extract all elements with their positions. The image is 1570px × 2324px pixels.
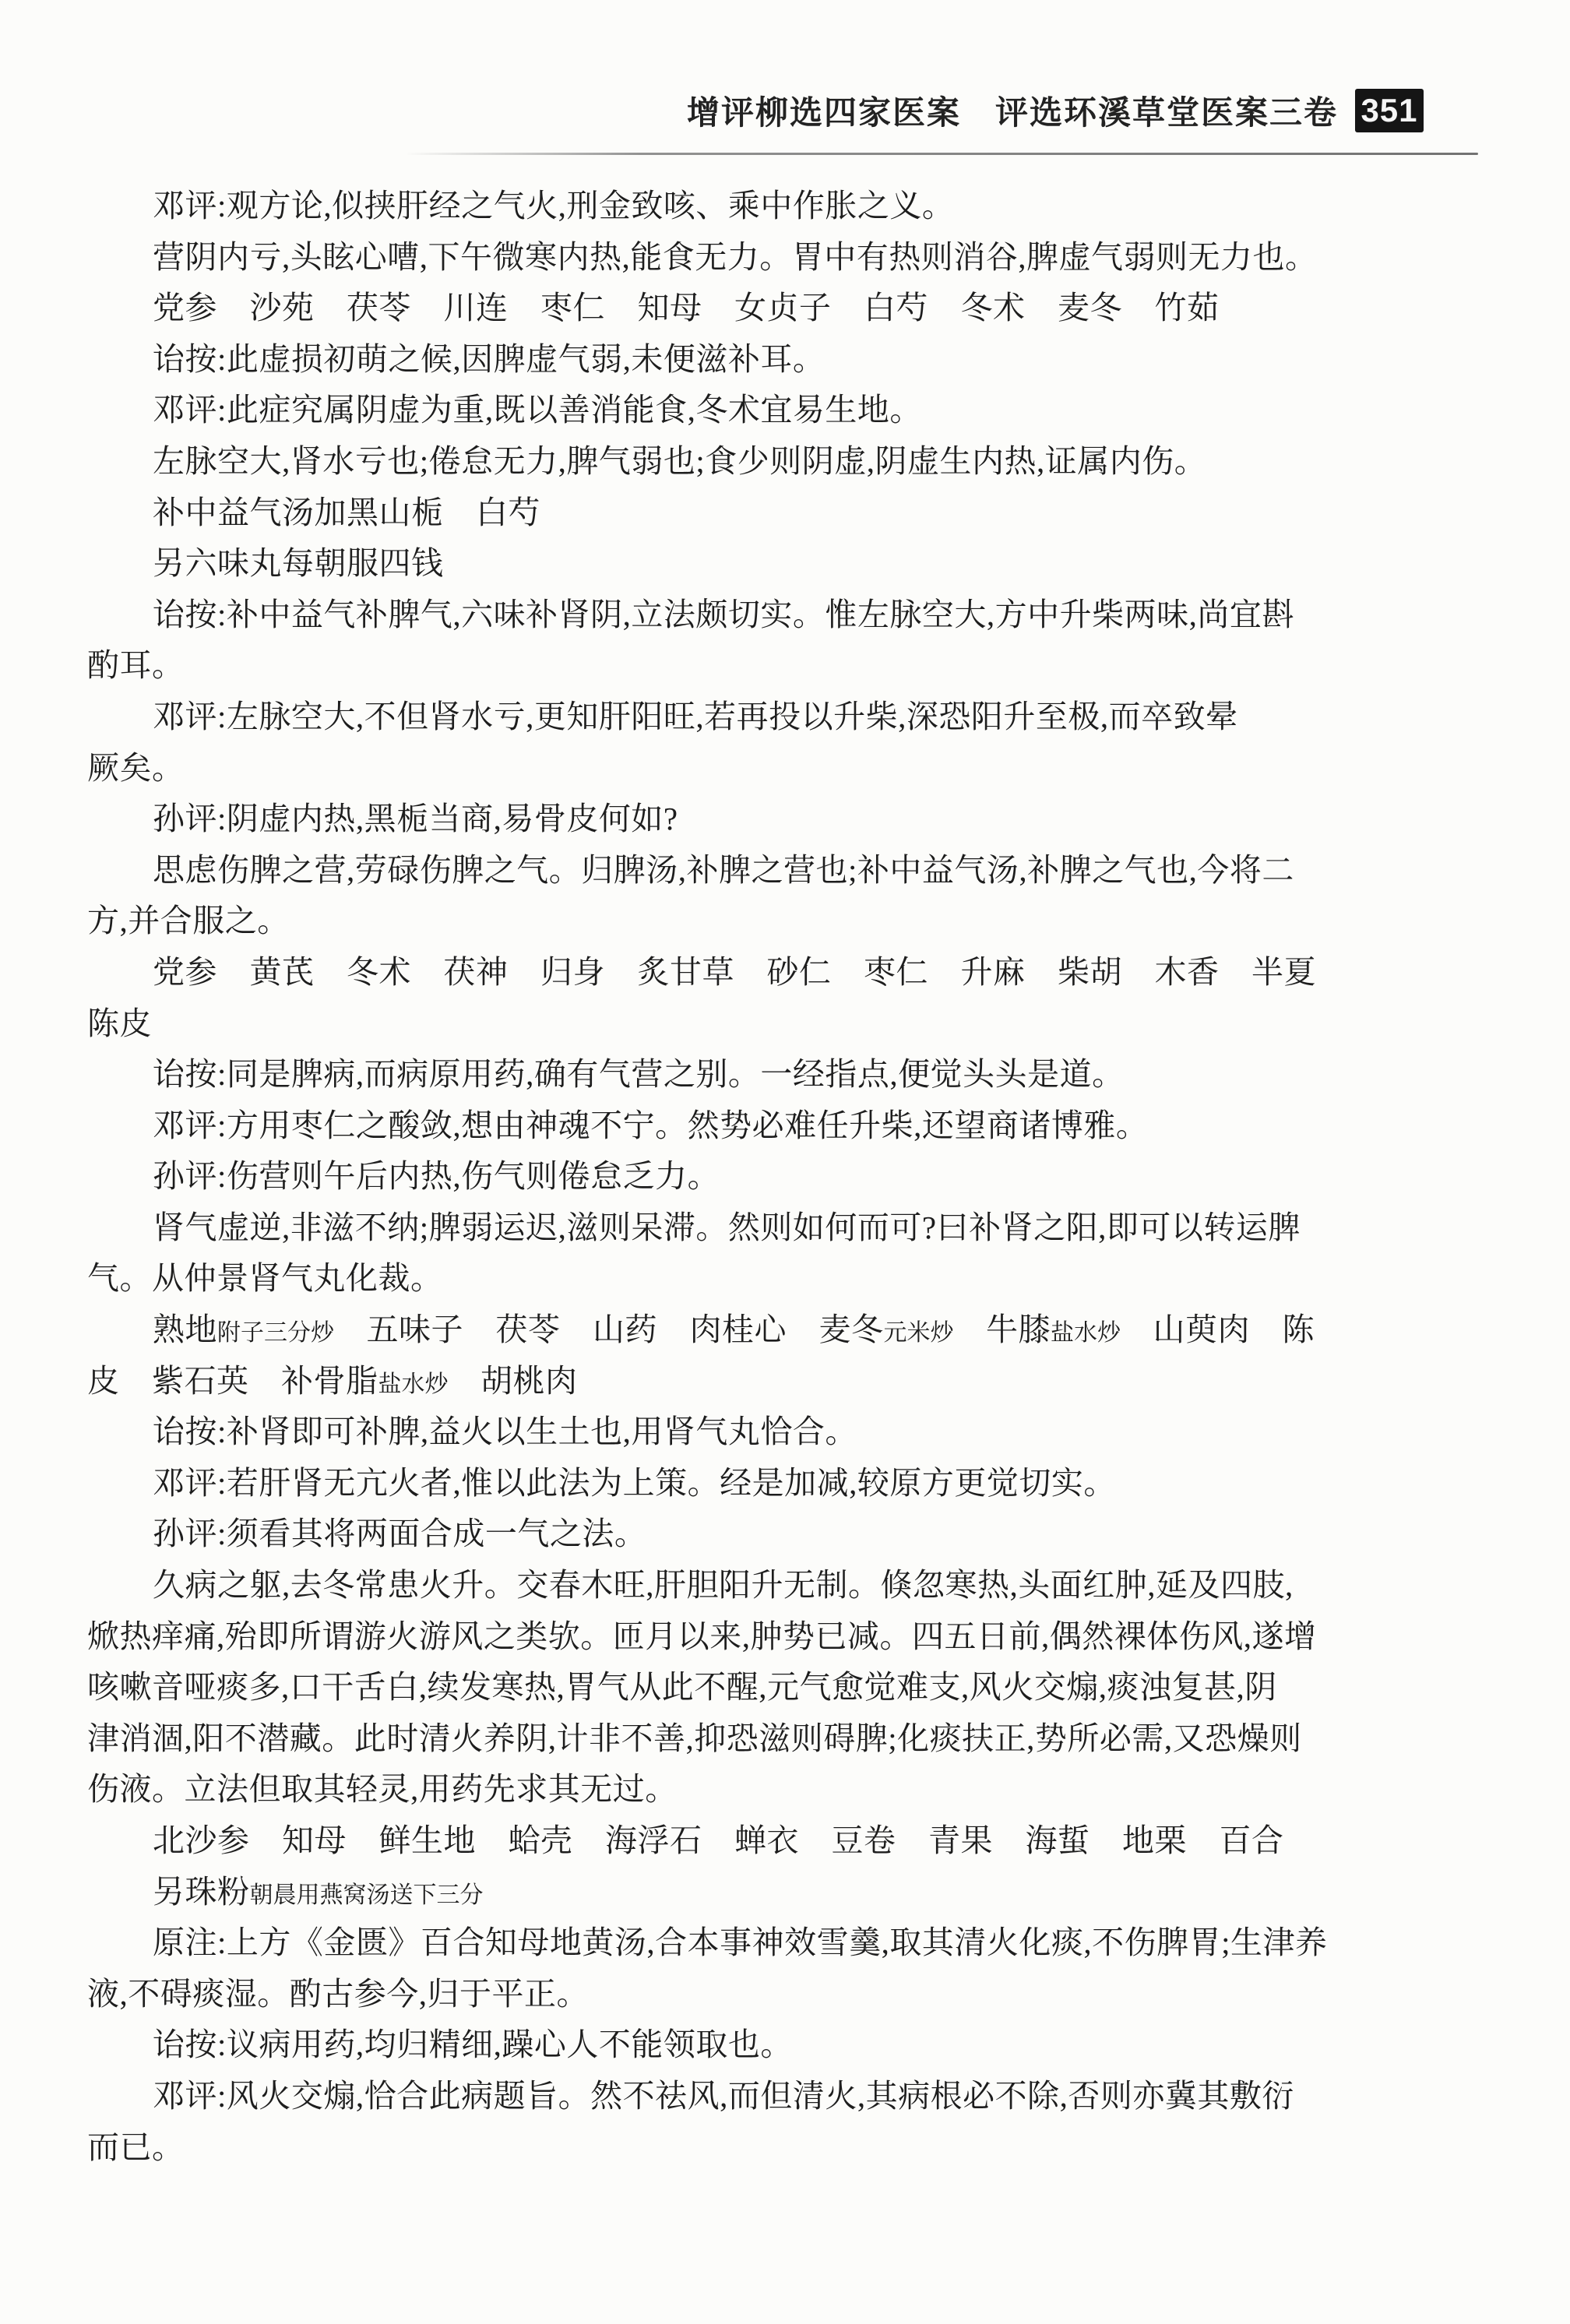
text-line: 咳嗽音哑痰多,口干舌白,续发寒热,胃气从此不醒,元气愈觉难支,风火交煽,痰浊复甚… [87,1662,1483,1713]
text-line: 邓评:方用枣仁之酸敛,想由神魂不宁。然势必难任升柴,还望商诸博雅。 [87,1100,1483,1152]
line-text: 津消涸,阳不潜藏。此时清火养阴,计非不善,抑恐滋则碍脾;化痰扶正,势所必需,又恐… [87,1720,1302,1756]
text-line: 左脉空大,肾水亏也;倦怠无力,脾气弱也;食少则阴虚,阴虚生内热,证属内伤。 [87,436,1483,488]
text-line: 诒按:议病用药,均归精细,躁心人不能领取也。 [87,2019,1483,2071]
text-line: 孙评:伤营则午后内热,伤气则倦怠乏力。 [87,1151,1483,1202]
text-line: 诒按:补肾即可补脾,益火以生土也,用肾气丸恰合。 [87,1407,1483,1458]
inline-annotation-small-text: 盐水炒 [1051,1320,1121,1346]
text-line: 邓评:观方论,似挟肝经之气火,刑金致咳、乘中作胀之义。 [87,181,1483,232]
text-line: 补中益气汤加黑山栀 白芍 [87,488,1483,539]
line-text: 伤液。立法但取其轻灵,用药先求其无过。 [87,1771,678,1807]
text-line: 另珠粉朝晨用燕窝汤送下三分 [87,1867,1483,1918]
text-line: 熟地附子三分炒 五味子 茯苓 山药 肉桂心 麦冬元米炒 牛膝盐水炒 山萸肉 陈 [87,1305,1483,1356]
text-line: 邓评:左脉空大,不但肾水亏,更知肝阳旺,若再投以升柴,深恐阳升至极,而卒致晕 [87,692,1483,743]
page-number-badge: 351 [1355,89,1424,132]
line-text: 诒按:此虚损初萌之候,因脾虚气弱,未便滋补耳。 [153,341,825,377]
text-line: 诒按:补中益气补脾气,六味补肾阴,立法颇切实。惟左脉空大,方中升柴两味,尚宜斟 [87,590,1483,641]
line-text: 气。从仲景肾气丸化裁。 [87,1260,443,1296]
book-page: 增评柳选四家医案 评选环溪草堂医案三卷 351 邓评:观方论,似挟肝经之气火,刑… [0,0,1570,2324]
line-text: 另珠粉 [153,1874,250,1910]
text-line: 而已。 [87,2122,1483,2174]
line-text: 陈皮 [87,1005,152,1041]
inline-annotation-small-text: 盐水炒 [378,1372,449,1397]
inline-annotation-small-text: 元米炒 [884,1320,954,1346]
running-head: 增评柳选四家医案 评选环溪草堂医案三卷 351 [687,87,1424,134]
text-line: 津消涸,阳不潜藏。此时清火养阴,计非不善,抑恐滋则碍脾;化痰扶正,势所必需,又恐… [87,1713,1483,1765]
line-text: 咳嗽音哑痰多,口干舌白,续发寒热,胃气从此不醒,元气愈觉难支,风火交煽,痰浊复甚… [87,1669,1277,1705]
text-line: 原注:上方《金匮》百合知母地黄汤,合本事神效雪羹,取其清火化痰,不伤脾胃;生津养 [87,1917,1483,1969]
line-text: 原注:上方《金匮》百合知母地黄汤,合本事神效雪羹,取其清火化痰,不伤脾胃;生津养 [153,1924,1328,1960]
line-text: 补中益气汤加黑山栀 白芍 [153,495,540,530]
line-text: 诒按:补肾即可补脾,益火以生土也,用肾气丸恰合。 [153,1414,857,1449]
line-text: 邓评:此症究属阴虚为重,既以善消能食,冬术宜易生地。 [153,392,922,428]
line-text: 邓评:若肝肾无亢火者,惟以此法为上策。经是加减,较原方更觉切实。 [153,1465,1116,1501]
line-text: 胡桃肉 [449,1363,578,1399]
text-line: 党参 黄芪 冬术 茯神 归身 炙甘草 砂仁 枣仁 升麻 柴胡 木香 半夏 [87,947,1483,998]
text-line: 另六味丸每朝服四钱 [87,538,1483,590]
text-line: 诒按:此虚损初萌之候,因脾虚气弱,未便滋补耳。 [87,334,1483,386]
line-text: 肾气虚逆,非滋不纳;脾弱运迟,滋则呆滞。然则如何而可?曰补肾之阳,即可以转运脾 [153,1210,1301,1245]
text-line: 方,并合服之。 [87,896,1483,947]
line-text: 思虑伤脾之营,劳碌伤脾之气。归脾汤,补脾之营也;补中益气汤,补脾之气也,今将二 [153,852,1294,888]
line-text: 熟地 [153,1312,217,1347]
text-line: 邓评:此症究属阴虚为重,既以善消能食,冬术宜易生地。 [87,385,1483,436]
line-text: 牛膝 [954,1312,1051,1347]
line-text: 久病之躯,去冬常患火升。交春木旺,肝胆阳升无制。倏忽寒热,头面红肿,延及四肢, [153,1567,1294,1603]
text-line: 思虑伤脾之营,劳碌伤脾之气。归脾汤,补脾之营也;补中益气汤,补脾之气也,今将二 [87,845,1483,896]
inline-annotation-small-text: 附子三分炒 [217,1320,334,1346]
line-text: 诒按:同是脾病,而病原用药,确有气营之别。一经指点,便觉头头是道。 [153,1056,1125,1092]
line-text: 而已。 [87,2129,185,2165]
text-line: 肾气虚逆,非滋不纳;脾弱运迟,滋则呆滞。然则如何而可?曰补肾之阳,即可以转运脾 [87,1202,1483,1254]
line-text: 北沙参 知母 鲜生地 蛤壳 海浮石 蝉衣 豆卷 青果 海蜇 地栗 百合 [153,1822,1284,1858]
text-line: 北沙参 知母 鲜生地 蛤壳 海浮石 蝉衣 豆卷 青果 海蜇 地栗 百合 [87,1815,1483,1867]
line-text: 孙评:阴虚内热,黑栀当商,易骨皮何如? [153,801,678,836]
line-text: 孙评:伤营则午后内热,伤气则倦怠乏力。 [153,1158,720,1194]
line-text: 左脉空大,肾水亏也;倦怠无力,脾气弱也;食少则阴虚,阴虚生内热,证属内伤。 [153,443,1206,479]
text-line: 陈皮 [87,998,1483,1050]
text-line: 皮 紫石英 补骨脂盐水炒 胡桃肉 [87,1356,1483,1407]
page-body: 邓评:观方论,似挟肝经之气火,刑金致咳、乘中作胀之义。营阴内亏,头眩心嘈,下午微… [87,181,1483,2173]
line-text: 五味子 茯苓 山药 肉桂心 麦冬 [334,1312,884,1347]
text-line: 邓评:若肝肾无亢火者,惟以此法为上策。经是加减,较原方更觉切实。 [87,1458,1483,1509]
text-line: 厥矣。 [87,743,1483,794]
line-text: 邓评:左脉空大,不但肾水亏,更知肝阳旺,若再投以升柴,深恐阳升至极,而卒致晕 [153,699,1238,734]
inline-annotation-small-text: 朝晨用燕窝汤送下三分 [250,1882,484,1908]
running-head-chapter-title: 评选环溪草堂医案三卷 [995,87,1338,134]
line-text: 邓评:风火交煽,恰合此病题旨。然不祛风,而但清火,其病根必不除,否则亦冀其敷衍 [153,2078,1294,2114]
text-line: 党参 沙苑 茯苓 川连 枣仁 知母 女贞子 白芍 冬术 麦冬 竹茹 [87,283,1483,334]
running-head-book-title: 增评柳选四家医案 [687,87,961,134]
line-text: 方,并合服之。 [87,903,290,938]
text-line: 营阴内亏,头眩心嘈,下午微寒内热,能食无力。胃中有热则消谷,脾虚气弱则无力也。 [87,232,1483,283]
line-text: 液,不碍痰湿。酌古参今,归于平正。 [87,1976,589,2012]
line-text: 党参 沙苑 茯苓 川连 枣仁 知母 女贞子 白芍 冬术 麦冬 竹茹 [153,290,1220,326]
line-text: 邓评:观方论,似挟肝经之气火,刑金致咳、乘中作胀之义。 [153,188,954,224]
text-line: 酌耳。 [87,640,1483,692]
text-line: 气。从仲景肾气丸化裁。 [87,1253,1483,1305]
line-text: 山萸肉 陈 [1121,1312,1315,1347]
text-line: 孙评:须看其将两面合成一气之法。 [87,1509,1483,1560]
line-text: 焮热痒痛,殆即所谓游火游风之类欤。匝月以来,肿势已减。四五日前,偶然裸体伤风,遂… [87,1618,1317,1654]
text-line: 诒按:同是脾病,而病原用药,确有气营之别。一经指点,便觉头头是道。 [87,1049,1483,1100]
text-line: 焮热痒痛,殆即所谓游火游风之类欤。匝月以来,肿势已减。四五日前,偶然裸体伤风,遂… [87,1611,1483,1663]
line-text: 孙评:须看其将两面合成一气之法。 [153,1516,646,1551]
line-text: 邓评:方用枣仁之酸敛,想由神魂不宁。然势必难任升柴,还望商诸博雅。 [153,1107,1148,1143]
text-line: 久病之躯,去冬常患火升。交春木旺,肝胆阳升无制。倏忽寒热,头面红肿,延及四肢, [87,1560,1483,1611]
line-text: 厥矣。 [87,750,185,786]
line-text: 另六味丸每朝服四钱 [153,545,444,581]
line-text: 诒按:议病用药,均归精细,躁心人不能领取也。 [153,2026,793,2062]
text-line: 液,不碍痰湿。酌古参今,归于平正。 [87,1969,1483,2020]
line-text: 诒按:补中益气补脾气,六味补肾阴,立法颇切实。惟左脉空大,方中升柴两味,尚宜斟 [153,597,1294,632]
text-line: 伤液。立法但取其轻灵,用药先求其无过。 [87,1764,1483,1815]
line-text: 皮 紫石英 补骨脂 [87,1363,378,1399]
header-divider-line [405,153,1478,155]
text-line: 邓评:风火交煽,恰合此病题旨。然不祛风,而但清火,其病根必不除,否则亦冀其敷衍 [87,2071,1483,2122]
text-line: 孙评:阴虚内热,黑栀当商,易骨皮何如? [87,794,1483,845]
line-text: 酌耳。 [87,647,185,683]
line-text: 党参 黄芪 冬术 茯神 归身 炙甘草 砂仁 枣仁 升麻 柴胡 木香 半夏 [153,954,1316,990]
line-text: 营阴内亏,头眩心嘈,下午微寒内热,能食无力。胃中有热则消谷,脾虚气弱则无力也。 [153,239,1318,275]
